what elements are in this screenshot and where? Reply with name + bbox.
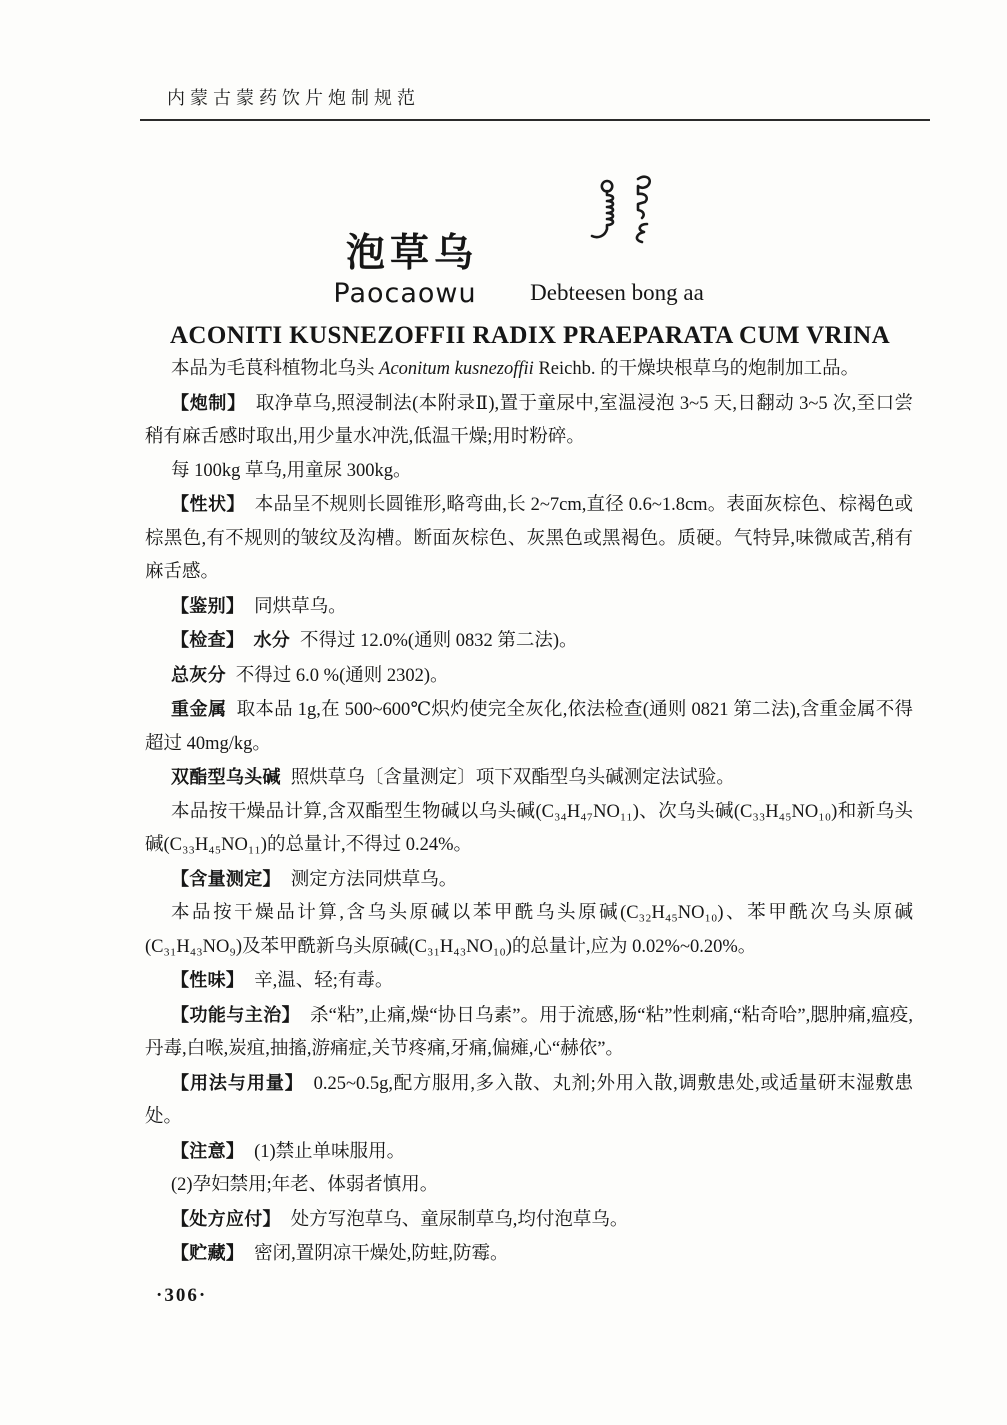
section-label-chufang: 【处方应付】 [171,1209,281,1230]
section-text: 不得过 6.0 %(通则 2302)。 [236,666,449,686]
page: 内蒙古蒙药饮片炮制规范 泡草乌 Paocaowu Debteesen bong … [0,0,1007,1425]
section-label-paozhi: 【炮制】 [171,393,246,414]
section-text: 本品呈不规则长圆锥形,略弯曲,长 2~7cm,直径 0.6~1.8cm。表面灰棕… [145,495,913,582]
para-jianbie: 【鉴别】同烘草乌。 [145,590,913,625]
section-text: 辛,温、轻;有毒。 [254,971,393,991]
section-label-zonghuifen: 总灰分 [171,665,226,686]
para-chufang-yingfu: 【处方应付】处方写泡草乌、童尿制草乌,均付泡草乌。 [145,1203,913,1238]
intro-text-after: Reichb. 的干燥块根草乌的炮制加工品。 [534,359,859,379]
page-number: ·306· [156,1285,207,1307]
para-zonghuifen: 总灰分不得过 6.0 %(通则 2302)。 [145,659,913,694]
section-label-xingzhuang: 【性状】 [171,494,245,515]
section-text: 测定方法同烘草乌。 [291,870,458,890]
section-text: 密闭,置阴凉干燥处,防蛀,防霉。 [254,1244,508,1264]
drug-title-mongolian-latin: Debteesen bong aa [530,280,704,306]
section-label-gongneng: 【功能与主治】 [171,1005,300,1026]
section-text: 取净草乌,照浸制法(本附录Ⅱ),置于童尿中,室温浸泡 3~5 天,日翻动 3~5… [145,394,913,448]
section-text: 本品按干燥品计算,含双酯型生物碱以乌头碱(C₃₄H₄₇NO₁₁)、次乌头碱(C₃… [145,802,913,856]
para-paozhi-ratio: 每 100kg 草乌,用童尿 300kg。 [145,455,913,489]
section-text: 本品按干燥品计算,含乌头原碱以苯甲酰乌头原碱(C₃₂H₄₅NO₁₀)、苯甲酰次乌… [145,903,913,957]
para-zhuyi-1: 【注意】(1)禁止单味服用。 [145,1135,913,1170]
mongolian-script-icon [586,172,662,273]
para-yongfa-yongliang: 【用法与用量】0.25~0.5g,配方服用,多入散、丸剂;外用入散,调敷患处,或… [145,1067,913,1135]
para-gongneng-zhuzhi: 【功能与主治】杀“粘”,止痛,燥“协日乌素”。用于流感,肠“粘”性刺痛,“粘奇哈… [145,999,913,1067]
para-jiancha-shuifen: 【检查】 水分不得过 12.0%(通则 0832 第二法)。 [145,624,913,659]
section-text: 同烘草乌。 [254,597,347,617]
para-xingwei: 【性味】辛,温、轻;有毒。 [145,964,913,999]
latin-binomial: Aconitum kusnezoffii [379,359,534,379]
section-text: (2)孕妇禁用;年老、体弱者慎用。 [171,1175,438,1195]
section-label-jiancha: 【检查】 水分 [171,630,290,651]
para-paozhi: 【炮制】取净草乌,照浸制法(本附录Ⅱ),置于童尿中,室温浸泡 3~5 天,日翻动… [145,387,913,455]
para-xingzhuang: 【性状】本品呈不规则长圆锥形,略弯曲,长 2~7cm,直径 0.6~1.8cm。… [145,488,913,590]
section-label-shuangzhixing: 双酯型乌头碱 [171,767,281,788]
drug-title-chinese: 泡草乌 [346,222,478,278]
section-text: 取本品 1g,在 500~600℃炽灼使完全灰化,依法检查(通则 0821 第二… [145,700,913,754]
para-zhucang: 【贮藏】密闭,置阴凉干燥处,防蛀,防霉。 [145,1237,913,1272]
para-intro: 本品为毛茛科植物北乌头 Aconitum kusnezoffii Reichb.… [145,353,913,387]
para-shuangzhixing-limit: 本品按干燥品计算,含双酯型生物碱以乌头碱(C₃₄H₄₇NO₁₁)、次乌头碱(C₃… [145,796,913,863]
para-shuangzhixing-wutoujian: 双酯型乌头碱照烘草乌〔含量测定〕项下双酯型乌头碱测定法试验。 [145,761,913,796]
section-text: 每 100kg 草乌,用童尿 300kg。 [171,461,412,481]
section-label-xingwei: 【性味】 [171,970,244,991]
section-text: (1)禁止单味服用。 [254,1142,405,1162]
para-zhongjinshu: 重金属取本品 1g,在 500~600℃炽灼使完全灰化,依法检查(通则 0821… [145,693,913,761]
section-text: 照烘草乌〔含量测定〕项下双酯型乌头碱测定法试验。 [291,768,735,788]
intro-text-before: 本品为毛茛科植物北乌头 [171,359,379,379]
section-label-zhucang: 【贮藏】 [171,1243,244,1264]
section-text: 不得过 12.0%(通则 0832 第二法)。 [300,631,577,651]
running-title: 内蒙古蒙药饮片炮制规范 [167,84,420,110]
section-label-zhuyi: 【注意】 [171,1141,244,1162]
monograph-body: 本品为毛茛科植物北乌头 Aconitum kusnezoffii Reichb.… [145,353,913,1272]
para-zhuyi-2: (2)孕妇禁用;年老、体弱者慎用。 [145,1169,913,1203]
drug-title-latin: ACONITI KUSNEZOFFII RADIX PRAEPARATA CUM… [170,322,890,350]
section-label-hanliang: 【含量测定】 [171,869,281,890]
drug-title-pinyin: Paocaowu [333,278,476,309]
section-text: 处方写泡草乌、童尿制草乌,均付泡草乌。 [291,1210,629,1230]
section-label-jianbie: 【鉴别】 [171,596,244,617]
section-label-zhongjinshu: 重金属 [171,699,227,720]
para-hanliang-range: 本品按干燥品计算,含乌头原碱以苯甲酰乌头原碱(C₃₂H₄₅NO₁₀)、苯甲酰次乌… [145,897,913,964]
para-hanliang-ceding: 【含量测定】测定方法同烘草乌。 [145,863,913,898]
header-divider [140,119,930,121]
section-label-yongfa: 【用法与用量】 [171,1073,304,1094]
